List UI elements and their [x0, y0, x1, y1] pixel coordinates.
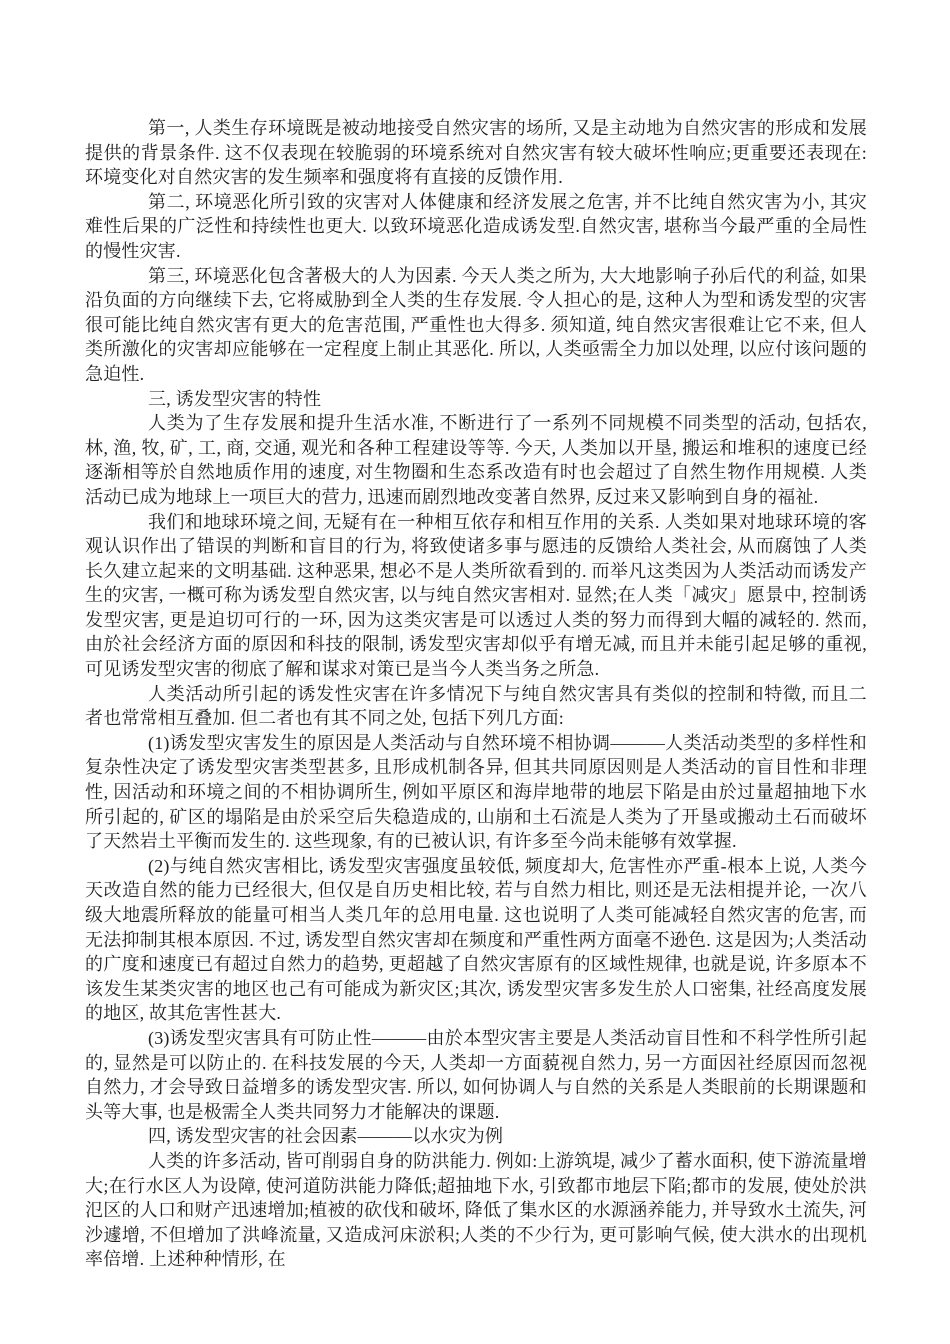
paragraph: 人类的许多活动, 皆可削弱自身的防洪能力. 例如:上游筑堤, 减少了蓄水面积, …	[85, 1149, 867, 1272]
paragraph: (1)诱发型灾害发生的原因是人类活动与自然环境不相协调———人类活动类型的多样性…	[85, 731, 867, 854]
paragraph: (3)诱发型灾害具有可防止性———由於本型灾害主要是人类活动盲目性和不科学性所引…	[85, 1026, 867, 1124]
document-body: 第一, 人类生存环境既是被动地接受自然灾害的场所, 又是主动地为自然灾害的形成和…	[85, 116, 867, 1272]
paragraph: 第二, 环境恶化所引致的灾害对人体健康和经济发展之危害, 并不比纯自然灾害为小,…	[85, 190, 867, 264]
paragraph: 人类为了生存发展和提升生活水准, 不断进行了一系列不同规模不同类型的活动, 包括…	[85, 411, 867, 509]
paragraph: 第三, 环境恶化包含著极大的人为因素. 今天人类之所为, 大大地影响子孙后代的利…	[85, 264, 867, 387]
paragraph: (2)与纯自然灾害相比, 诱发型灾害强度虽较低, 频度却大, 危害性亦严重-根本…	[85, 854, 867, 1026]
paragraph: 第一, 人类生存环境既是被动地接受自然灾害的场所, 又是主动地为自然灾害的形成和…	[85, 116, 867, 190]
section-heading: 三, 诱发型灾害的特性	[85, 387, 867, 412]
paragraph: 我们和地球环境之间, 无疑有在一种相互依存和相互作用的关系. 人类如果对地球环境…	[85, 510, 867, 682]
paragraph: 人类活动所引起的诱发性灾害在许多情况下与纯自然灾害具有类似的控制和特徵, 而且二…	[85, 682, 867, 731]
section-heading: 四, 诱发型灾害的社会因素———以水灾为例	[85, 1124, 867, 1149]
document-page: 第一, 人类生存环境既是被动地接受自然灾害的场所, 又是主动地为自然灾害的形成和…	[0, 0, 950, 1344]
